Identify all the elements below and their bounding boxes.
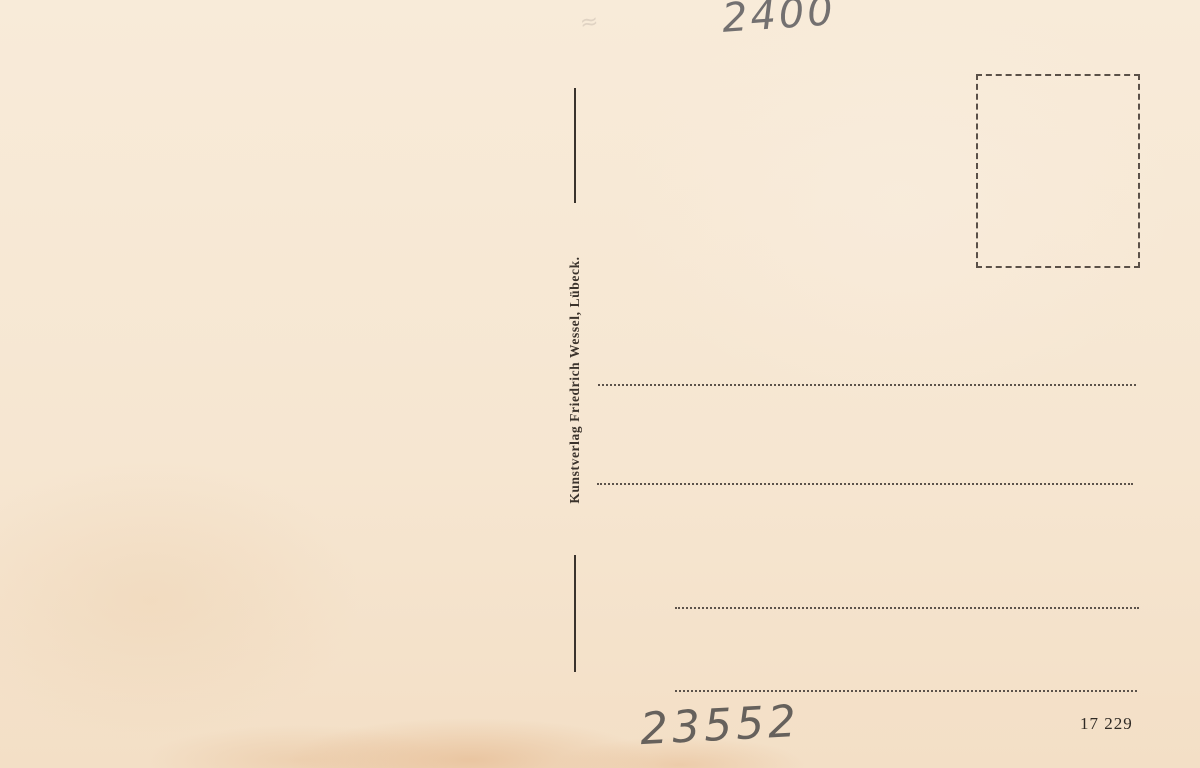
center-divider-bottom (574, 555, 576, 672)
address-line-3 (675, 607, 1139, 609)
center-divider-top (574, 88, 576, 203)
card-number: 17 229 (1080, 714, 1133, 734)
address-line-4 (675, 690, 1137, 692)
stamp-placeholder-box (976, 74, 1140, 268)
address-line-1 (598, 384, 1136, 386)
faint-pencil-mark: ≈ (578, 9, 600, 36)
postcard-back: ≈ 2400 Kunstverlag Friedrich Wessel, Lüb… (0, 0, 1200, 768)
publisher-imprint: Kunstverlag Friedrich Wessel, Lübeck. (567, 256, 583, 503)
handwritten-inventory-number: 23552 (639, 696, 801, 755)
handwritten-price-top: 2400 (721, 0, 838, 42)
address-line-2 (597, 483, 1133, 485)
